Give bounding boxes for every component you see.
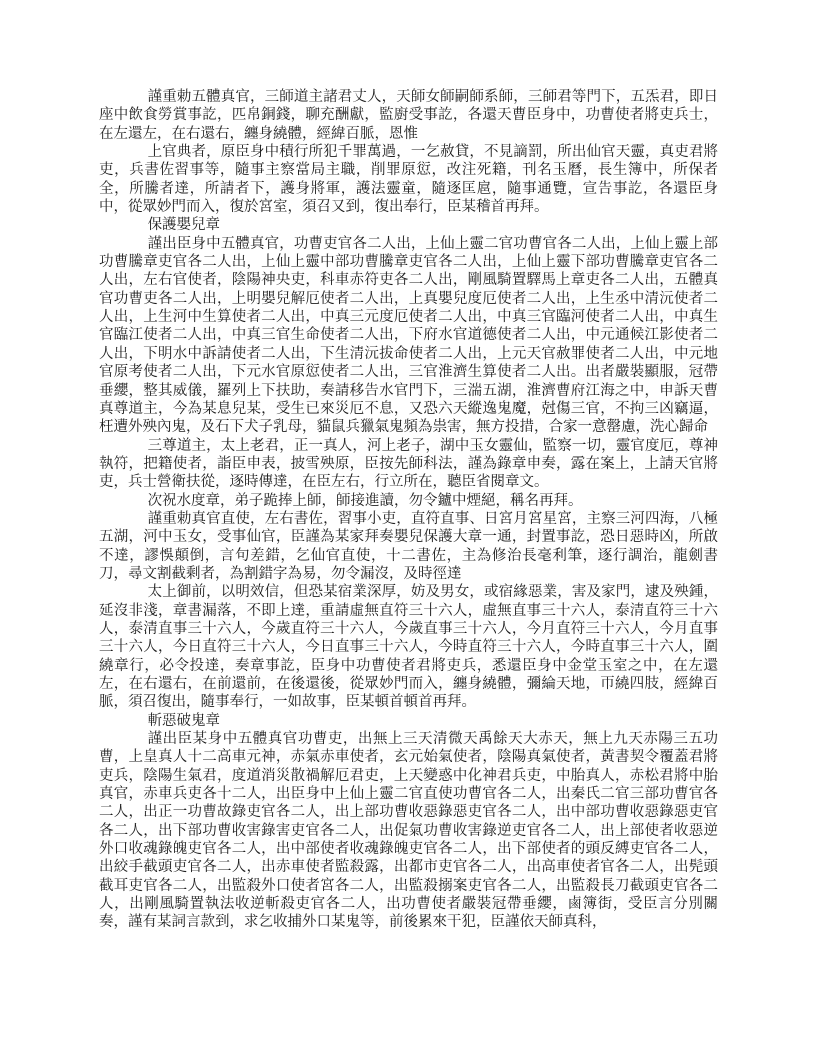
body-paragraph: 次祝水度章，弟子跪捧上師，師接進讀，勿令鑪中煙絕，稱名再拜。: [99, 492, 718, 510]
body-paragraph: 謹重勅真官直使，左右書佐，習事小吏，直符直事、日宮月宮星宮，主察三河四海，八極五…: [99, 510, 718, 583]
body-paragraph: 上官典者，原臣身中積行所犯千罪萬過，一乞赦貸，不見謫罰，所出仙官天靈，真吏君將吏…: [99, 143, 718, 216]
section-title: 斬惡破鬼章: [99, 712, 718, 730]
body-paragraph: 三尊道主，太上老君，正一真人，河上老子，湖中玉女靈仙，監察一切，靈官度厄，尊神執…: [99, 437, 718, 492]
section-title: 保護嬰兒章: [99, 216, 718, 234]
body-paragraph: 謹重勅五體真官，三師道主諸君丈人，天師女師嗣師系師，三師君等門下，五炁君，即日座…: [99, 88, 718, 143]
document-page: 謹重勅五體真官，三師道主諸君丈人，天師女師嗣師系師，三師君等門下，五炁君，即日座…: [0, 0, 816, 1056]
body-paragraph: 謹出臣某身中五體真官功曹吏，出無上三天清微天禹餘天大赤天，無上九天赤陽三五功曹，…: [99, 730, 718, 932]
body-paragraph: 謹出臣身中五體真官，功曹吏官各二人出，上仙上靈二官功曹官各二人出，上仙上靈上部功…: [99, 235, 718, 437]
body-paragraph: 太上御前，以明效信，但恐某宿業深厚，妨及男女，或宿緣惡業，害及家門，逮及殃鍾，延…: [99, 583, 718, 711]
text-block: 謹重勅五體真官，三師道主諸君丈人，天師女師嗣師系師，三師君等門下，五炁君，即日座…: [99, 88, 718, 932]
